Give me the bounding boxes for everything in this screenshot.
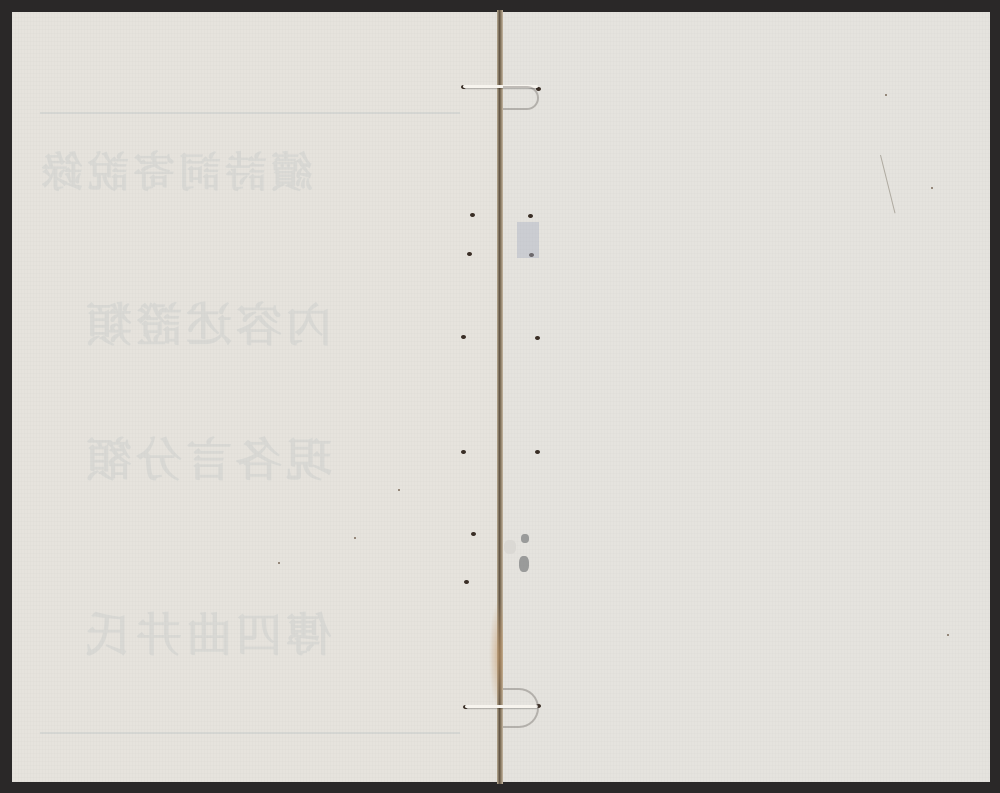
page-tear	[519, 556, 529, 572]
binding-hole	[470, 213, 475, 217]
show-through-text: 現各言分額	[82, 437, 332, 483]
binding-hole	[464, 580, 469, 584]
paper-speck	[398, 489, 400, 491]
paper-speck	[278, 562, 280, 564]
paper-speck	[354, 537, 356, 539]
show-through-rule	[40, 732, 460, 734]
binding-hole	[535, 450, 540, 454]
repair-tape	[517, 222, 539, 258]
show-through-text: 續詩詞寄說錄	[37, 152, 313, 572]
binding-hole	[467, 252, 472, 256]
spine-stain	[489, 600, 503, 710]
book-spread: 續詩詞寄說錄 內容述證類 現各言分額 傳四曲井氏	[0, 0, 1000, 793]
page-tear	[504, 540, 516, 554]
right-page	[502, 12, 990, 782]
paper-speck	[947, 634, 949, 636]
thread-shadow	[503, 86, 539, 110]
paper-speck	[885, 94, 887, 96]
paper-speck	[931, 187, 933, 189]
binding-hole	[535, 336, 540, 340]
binding-hole	[461, 335, 466, 339]
show-through-text: 傳四曲井氏	[82, 612, 332, 658]
left-page: 續詩詞寄說錄 內容述證類 現各言分額 傳四曲井氏	[12, 12, 499, 782]
binding-hole	[461, 450, 466, 454]
binding-hole	[471, 532, 476, 536]
binding-hole	[528, 214, 533, 218]
show-through-rule	[40, 112, 460, 114]
page-tear	[521, 534, 529, 543]
show-through-text: 內容述證類	[82, 302, 332, 348]
